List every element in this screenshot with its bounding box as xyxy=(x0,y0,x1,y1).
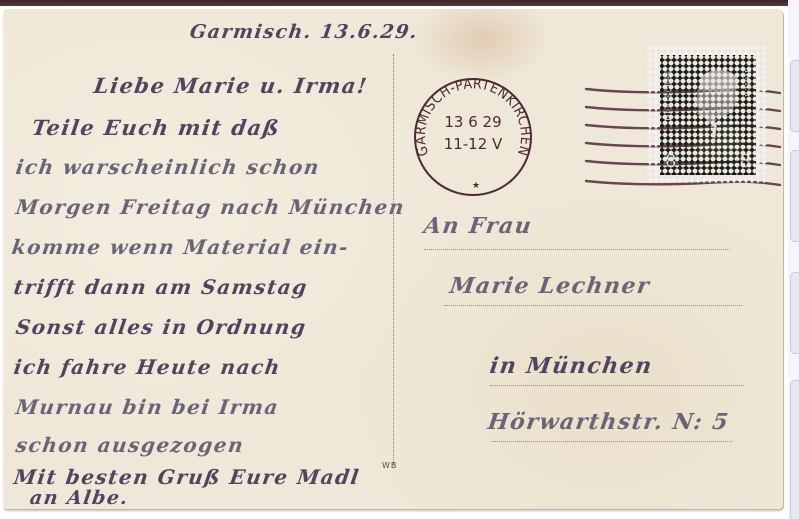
portrait-icon xyxy=(681,68,743,160)
stamp-value: 8 xyxy=(665,151,676,172)
postmark-icon: GARMISCH-PARTENKIRCHEN 13 6 29 11-12 V ★ xyxy=(408,75,538,201)
binder-tab xyxy=(790,60,799,132)
stamp-value: 8 xyxy=(740,151,751,172)
date-line: Garmisch. 13.6.29. xyxy=(188,21,419,43)
stamp-frame: Deutsches Reich 8 8 xyxy=(660,55,756,175)
address-guide-line xyxy=(490,385,744,386)
message-line: ich fahre Heute nach xyxy=(12,355,282,379)
address-line-2: Marie Lechner xyxy=(448,273,652,299)
address-line-3: in München xyxy=(488,353,654,379)
message-line: Murnau bin bei Irma xyxy=(14,395,280,419)
message-line: trifft dann am Samstag xyxy=(12,275,309,299)
postage-stamp: Deutsches Reich 8 8 xyxy=(647,45,767,183)
message-line: Sonst alles in Ordnung xyxy=(14,315,308,339)
address-guide-line xyxy=(444,305,742,306)
postmark-time: 11-12 V xyxy=(444,135,503,153)
stamp-text-left: Deutsches xyxy=(664,70,673,121)
message-line: an Albe. xyxy=(28,487,130,509)
salutation: Liebe Marie u. Irma! xyxy=(92,73,369,98)
address-guide-line xyxy=(424,249,730,250)
address-line-4: Hörwarthstr. N: 5 xyxy=(486,409,731,435)
message-line: Morgen Freitag nach München xyxy=(14,195,406,219)
svg-text:★: ★ xyxy=(472,181,480,191)
postmark-date: 13 6 29 xyxy=(444,113,501,131)
binder-tab xyxy=(790,150,799,242)
stamp-text-right: Reich xyxy=(743,70,752,98)
printer-mark: WB xyxy=(382,461,397,470)
address-line-1: An Frau xyxy=(422,213,534,239)
center-divider xyxy=(393,54,394,464)
scan-top-edge xyxy=(0,0,790,6)
message-line: schon ausgezogen xyxy=(14,433,246,457)
message-line: komme wenn Material ein- xyxy=(10,235,350,259)
binder-tab xyxy=(790,272,799,354)
message-line: Mit besten Gruß Eure Madl xyxy=(12,465,361,489)
address-guide-line xyxy=(492,441,732,442)
message-line: Teile Euch mit daß xyxy=(30,115,282,140)
message-line: ich warscheinlich schon xyxy=(14,155,321,179)
binder-tab xyxy=(790,380,799,519)
postcard: Garmisch. 13.6.29. Liebe Marie u. Irma! … xyxy=(4,9,783,509)
